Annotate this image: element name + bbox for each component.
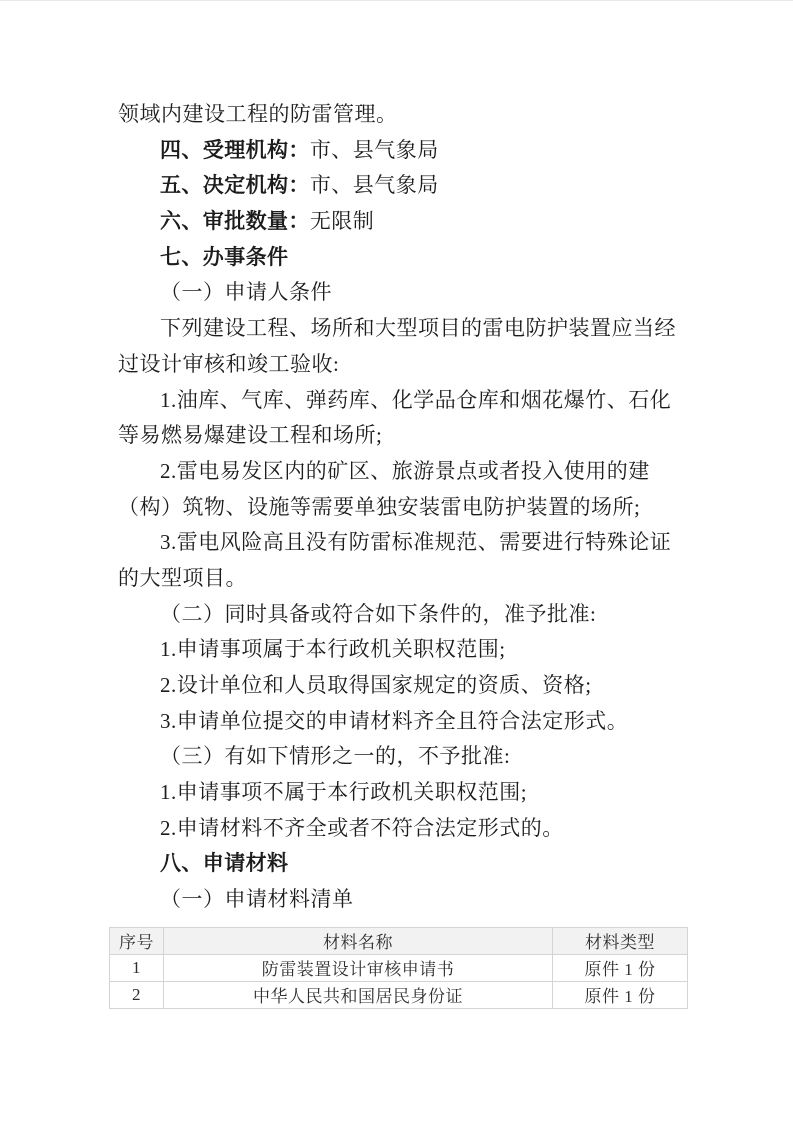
table-cell: 防雷装置设计审核申请书 [164, 954, 553, 981]
field-value: 无限制 [310, 209, 375, 233]
paragraph-line: （一）申请人条件 [118, 275, 678, 311]
paragraph-line: （三）有如下情形之一的，不予批准: [118, 739, 678, 775]
document-lines: 领域内建设工程的防雷管理。四、受理机构：市、县气象局五、决定机构：市、县气象局六… [118, 97, 678, 918]
paragraph-line: 下列建设工程、场所和大型项目的雷电防护装置应当经 [118, 311, 678, 347]
paragraph-line: 过设计审核和竣工验收: [118, 347, 678, 383]
field-label: 六、审批数量： [160, 210, 310, 233]
materials-table-body: 1防雷装置设计审核申请书原件 1 份2中华人民共和国居民身份证原件 1 份 [110, 954, 688, 1008]
paragraph-line: 3.雷电风险高且没有防雷标准规范、需要进行特殊论证 [118, 525, 678, 561]
table-header-cell: 材料名称 [164, 927, 553, 954]
paragraph-line: （一）申请材料清单 [118, 882, 678, 918]
key-value-line: 六、审批数量：无限制 [118, 204, 678, 240]
table-cell: 原件 1 份 [553, 981, 688, 1008]
table-cell: 2 [110, 981, 164, 1008]
field-label: 四、受理机构： [160, 139, 310, 162]
table-cell: 原件 1 份 [553, 954, 688, 981]
document-content: 领域内建设工程的防雷管理。四、受理机构：市、县气象局五、决定机构：市、县气象局六… [118, 97, 678, 1009]
field-label: 五、决定机构： [160, 174, 310, 197]
table-cell: 中华人民共和国居民身份证 [164, 981, 553, 1008]
paragraph-line: 的大型项目。 [118, 561, 678, 597]
paragraph-line: （二）同时具备或符合如下条件的，准予批准: [118, 597, 678, 633]
section-heading: 七、办事条件 [118, 240, 678, 276]
key-value-line: 五、决定机构：市、县气象局 [118, 168, 678, 204]
table-row: 1防雷装置设计审核申请书原件 1 份 [110, 954, 688, 981]
materials-table: 序号材料名称材料类型 1防雷装置设计审核申请书原件 1 份2中华人民共和国居民身… [109, 927, 688, 1009]
paragraph-line: 1.油库、气库、弹药库、化学品仓库和烟花爆竹、石化 [118, 383, 678, 419]
paragraph-line: 1.申请事项属于本行政机关职权范围; [118, 632, 678, 668]
paragraph-line: 1.申请事项不属于本行政机关职权范围; [118, 775, 678, 811]
table-cell: 1 [110, 954, 164, 981]
field-value: 市、县气象局 [310, 138, 439, 162]
paragraph-line: 2.申请材料不齐全或者不符合法定形式的。 [118, 811, 678, 847]
field-value: 市、县气象局 [310, 173, 439, 197]
document-page: 领域内建设工程的防雷管理。四、受理机构：市、县气象局五、决定机构：市、县气象局六… [0, 0, 793, 1122]
materials-table-head: 序号材料名称材料类型 [110, 927, 688, 954]
paragraph-line: 2.设计单位和人员取得国家规定的资质、资格; [118, 668, 678, 704]
paragraph-line: 2.雷电易发区内的矿区、旅游景点或者投入使用的建 [118, 454, 678, 490]
key-value-line: 四、受理机构：市、县气象局 [118, 133, 678, 169]
paragraph-line: 领域内建设工程的防雷管理。 [118, 97, 678, 133]
table-header-cell: 材料类型 [553, 927, 688, 954]
table-header-cell: 序号 [110, 927, 164, 954]
section-heading: 八、申请材料 [118, 846, 678, 882]
paragraph-line: （构）筑物、设施等需要单独安装雷电防护装置的场所; [118, 490, 678, 526]
paragraph-line: 3.申请单位提交的申请材料齐全且符合法定形式。 [118, 704, 678, 740]
table-header-row: 序号材料名称材料类型 [110, 927, 688, 954]
paragraph-line: 等易燃易爆建设工程和场所; [118, 418, 678, 454]
table-row: 2中华人民共和国居民身份证原件 1 份 [110, 981, 688, 1008]
